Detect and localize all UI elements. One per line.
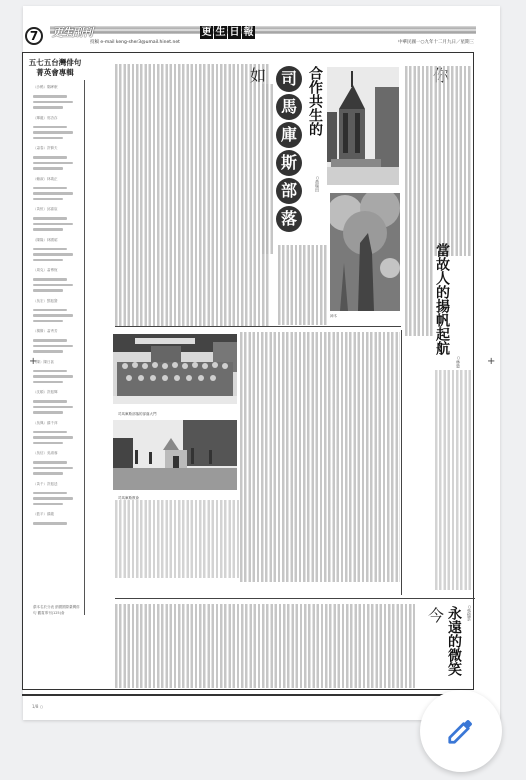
photo-caption-church: 司馬庫斯教會	[118, 496, 139, 501]
poem-author: （吳佩）蘇千萍	[33, 421, 83, 426]
poem: （楊賢）蕭秀芳	[27, 329, 83, 353]
poem-author: （周克）蕭博恆	[33, 268, 83, 273]
article2-byline: ○林悬	[455, 355, 461, 368]
poem-author: （輝龍）郭杏存	[33, 116, 83, 121]
article3-dropcap: 今	[428, 603, 444, 626]
article2-body-text	[435, 370, 471, 590]
headline-circle-char: 司	[276, 66, 302, 92]
column-rule	[401, 330, 402, 595]
edit-button[interactable]	[420, 690, 502, 772]
article3-headline: 永遠的微笑	[446, 606, 461, 676]
poem: （黃恒）邱嘉宸	[27, 207, 83, 231]
pencil-icon	[446, 716, 476, 746]
feature-body-text	[262, 84, 274, 254]
paper-title-char: 更	[200, 26, 213, 39]
sidebar-title-line1: 五七五台灣俳句	[27, 58, 83, 68]
poem: （沙鴨）鄭眸眠	[27, 85, 83, 109]
poem-author: （陳）陳日甚	[33, 360, 83, 365]
photo-caption-tree: 神木	[330, 314, 337, 319]
photo-tribe-gate-group	[113, 334, 237, 404]
section-rule	[115, 326, 401, 327]
section-logo: 更生副刊	[52, 24, 92, 40]
crop-mark-right: +	[487, 357, 495, 367]
date-line: 中華民國一○九年十二月九日／星期三	[398, 39, 474, 45]
feature-body-text	[115, 64, 270, 326]
haiku-sidebar: 五七五台灣俳句 菁英會專輯 （沙鴨）鄭眸眠 （輝龍）郭杏存 （蕭春）許賢夫 （賴…	[27, 58, 83, 678]
poem: （陳隆）林國昭	[27, 238, 83, 262]
poem: （陳）陳日甚	[27, 360, 83, 384]
photo-church	[113, 420, 237, 490]
poem-author: （沙鴨）鄭眸眠	[33, 85, 83, 90]
page-footer: 1/8 ○	[32, 704, 43, 709]
document-viewer: + + 7 更生副刊 投稿 e-mail keng-sher3@umail.hi…	[0, 0, 526, 780]
poem: （吳宏）鄧振寰	[27, 299, 83, 323]
poem-author: （蕭春）許賢夫	[33, 146, 83, 151]
poem: （黃千）許振廷	[27, 482, 83, 506]
headline-circle-char: 斯	[276, 150, 302, 176]
masthead: 7 更生副刊 投稿 e-mail keng-sher3@umail.hinet.…	[22, 24, 476, 48]
poem-author: （沈順）許振輝	[33, 390, 83, 395]
poem-author: （黃千）許振廷	[33, 482, 83, 487]
article2-body-text	[240, 332, 400, 582]
bottom-rule	[22, 694, 474, 696]
poem: （蕭春）許賢夫	[27, 146, 83, 170]
poem-author: （吳宏）鄧振寰	[33, 299, 83, 304]
headline-circle-char: 落	[276, 206, 302, 232]
poem-author: （楊賢）蕭秀芳	[33, 329, 83, 334]
paper-title: 更 生 日 報	[200, 26, 255, 39]
poem-author: （黃恒）邱嘉宸	[33, 207, 83, 212]
paper-title-char: 日	[228, 26, 241, 39]
feature-headline-circles: 司 馬 庫 斯 部 落	[276, 66, 304, 232]
poem: （藍平）蘇龍	[27, 512, 83, 525]
photo-wooden-hut	[327, 67, 399, 185]
article2-body-text	[405, 66, 471, 256]
headline-circle-char: 庫	[276, 122, 302, 148]
photo-sacred-tree	[330, 193, 400, 311]
feature-headline: 合作共生的	[306, 66, 322, 136]
sidebar-title-line2: 菁英會專輯	[27, 68, 83, 78]
masthead-bar	[50, 26, 476, 34]
poem: （吳佩）蘇千萍	[27, 421, 83, 445]
poem-author: （陳隆）林國昭	[33, 238, 83, 243]
poem-author: （吳信）吳淑蓉	[33, 451, 83, 456]
feature-byline: ○黃瑞田	[314, 175, 320, 192]
article3-byline: ○蔡憶雲	[466, 604, 472, 621]
paper-title-char: 報	[242, 26, 255, 39]
article3-body-text	[115, 604, 415, 688]
feature-dropcap: 如	[250, 63, 266, 86]
poem-author: （賴淑）林義正	[33, 177, 83, 182]
issue-number: 7	[25, 27, 43, 45]
poem: （賴淑）林義正	[27, 177, 83, 201]
feature-body-text	[278, 245, 328, 325]
photo-caption-gate: 司馬庫斯部落的部落大門	[118, 412, 157, 417]
headline-circle-char: 馬	[276, 94, 302, 120]
poem: （吳信）吳淑蓉	[27, 451, 83, 475]
poem-author: （藍平）蘇龍	[33, 512, 83, 517]
sidebar-divider	[84, 80, 85, 615]
headline-circle-char: 部	[276, 178, 302, 204]
contact-email: 投稿 e-mail keng-sher3@umail.hinet.net	[90, 39, 180, 45]
poem: （周克）蕭博恆	[27, 268, 83, 292]
sidebar-footer: 彙本名於分表 納國國際臺灣俳句 觀賞專刊(125)會	[33, 604, 83, 616]
poem: （沈順）許振輝	[27, 390, 83, 414]
section-rule	[115, 598, 475, 599]
article2-headline: 當故人的揚帆起航	[434, 243, 449, 355]
article2-body-text	[405, 256, 433, 336]
poem: （輝龍）郭杏存	[27, 116, 83, 140]
paper-title-char: 生	[214, 26, 227, 39]
article2-body-text	[115, 500, 240, 578]
